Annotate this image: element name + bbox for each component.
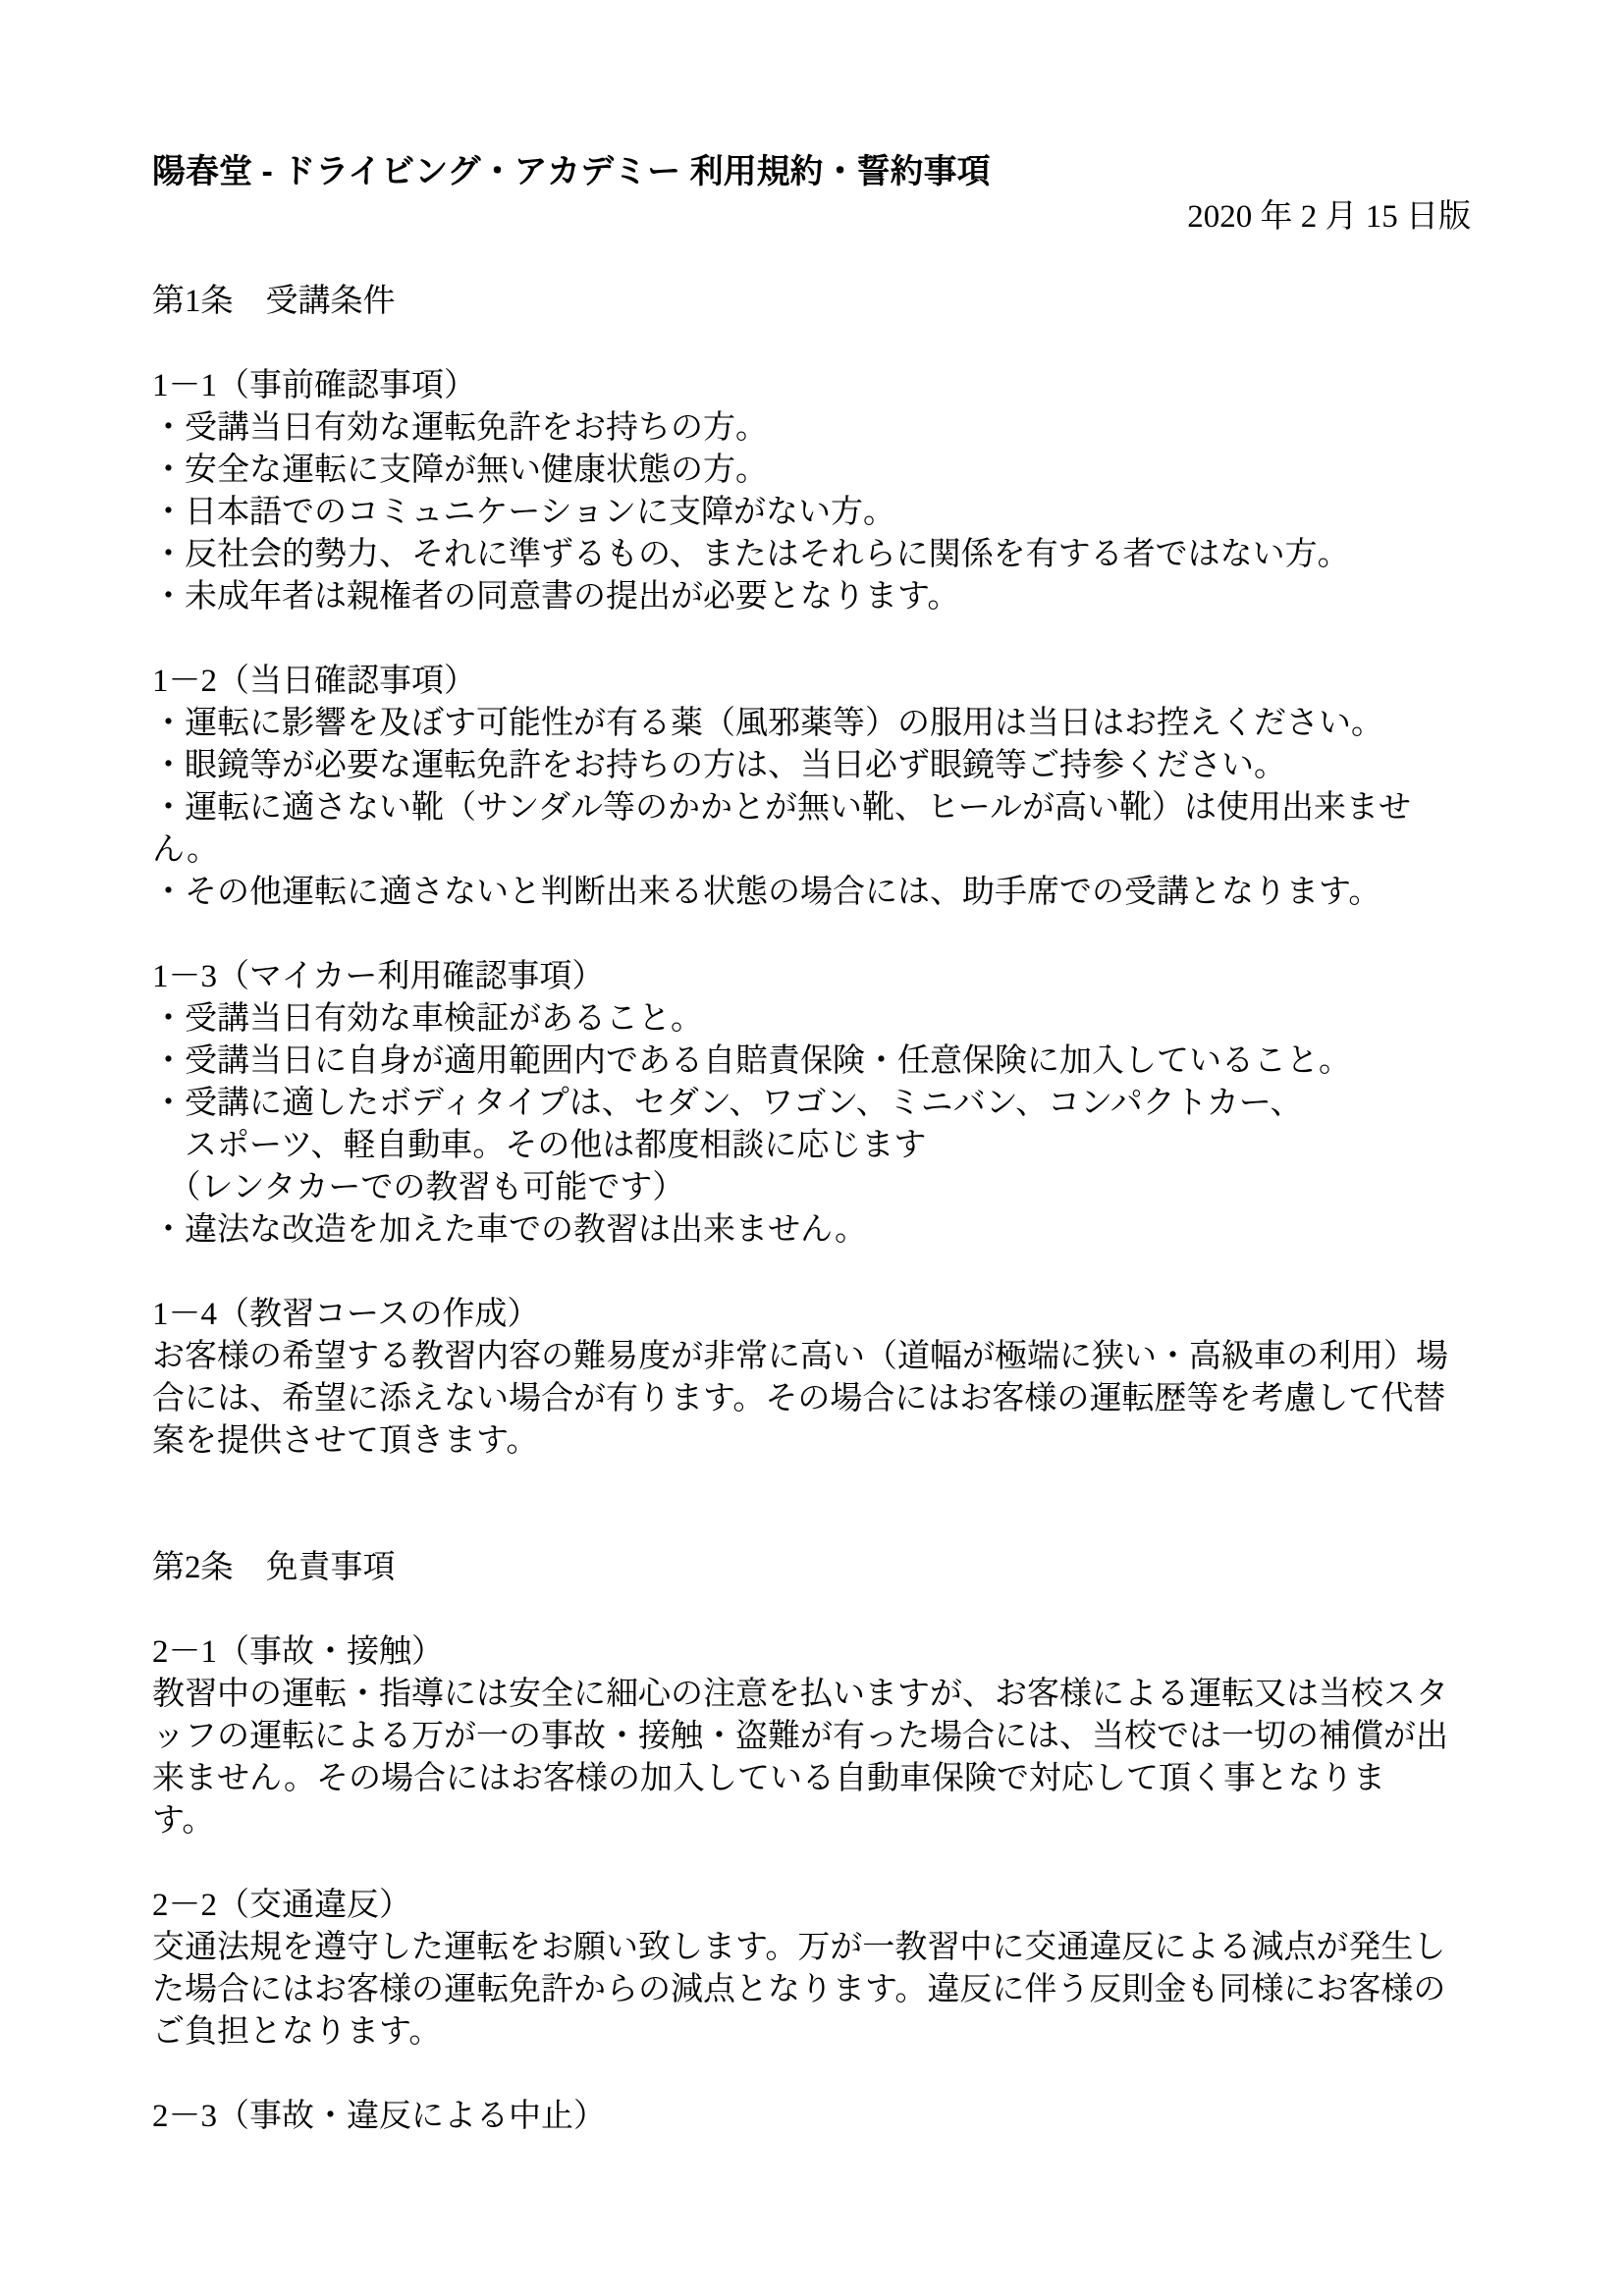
paragraph-line: スポーツ、軽自動車。その他は都度相談に応じます (152, 1125, 1471, 1167)
paragraph-line: す。 (152, 1800, 1471, 1842)
version-date: 2020 年 2 月 15 日版 (152, 196, 1471, 239)
bullet-item: ・日本語でのコミュニケーションに支障がない方。 (152, 492, 1471, 534)
paragraph-line: 合には、希望に添えない場合が有ります。その場合にはお客様の運転歴等を考慮して代替 (152, 1378, 1471, 1420)
bullet-item: ・運転に適さない靴（サンダル等のかかとが無い靴、ヒールが高い靴）は使用出来ませ (152, 787, 1471, 829)
article-heading: 第1条 受講条件 (152, 281, 1471, 323)
paragraph-line: 教習中の運転・指導には安全に細心の注意を払いますが、お客様による運転又は当校スタ (152, 1674, 1471, 1716)
blank-line (152, 914, 1471, 956)
blank-line (152, 1842, 1471, 1885)
bullet-item: ・眼鏡等が必要な運転免許をお持ちの方は、当日必ず眼鏡等ご持参ください。 (152, 745, 1471, 787)
document-body: 第1条 受講条件1－1（事前確認事項）・受講当日有効な運転免許をお持ちの方。・安… (152, 239, 1471, 2138)
paragraph-line: た場合にはお客様の運転免許からの減点となります。違反に伴う反則金も同様にお客様の (152, 1969, 1471, 2011)
bullet-item: ・受講に適したボディタイプは、セダン、ワゴン、ミニバン、コンパクトカー、 (152, 1083, 1471, 1125)
clause-heading: 1－3（マイカー利用確認事項） (152, 956, 1471, 998)
bullet-item: ・違法な改造を加えた車での教習は出来ません。 (152, 1209, 1471, 1252)
blank-line (152, 1252, 1471, 1294)
clause-heading: 1－4（教習コースの作成） (152, 1294, 1471, 1336)
paragraph-line: ん。 (152, 829, 1471, 872)
bullet-item: ・反社会的勢力、それに準ずるもの、またはそれらに関係を有する者ではない方。 (152, 534, 1471, 576)
paragraph-line: ッフの運転による万が一の事故・接触・盗難が有った場合には、当校では一切の補償が出 (152, 1716, 1471, 1758)
article-heading: 第2条 免責事項 (152, 1547, 1471, 1589)
blank-line (152, 1589, 1471, 1631)
clause-heading: 1－2（当日確認事項） (152, 661, 1471, 703)
document-title: 陽春堂 - ドライビング・アカデミー 利用規約・誓約事項 (152, 147, 1471, 196)
clause-heading: 2－2（交通違反） (152, 1885, 1471, 1927)
blank-line (152, 239, 1471, 281)
bullet-item: ・受講当日に自身が適用範囲内である自賠責保険・任意保険に加入していること。 (152, 1041, 1471, 1083)
bullet-item: ・受講当日有効な車検証があること。 (152, 998, 1471, 1041)
clause-heading: 2－3（事故・違反による中止） (152, 2096, 1471, 2138)
paragraph-line: 交通法規を遵守した運転をお願い致します。万が一教習中に交通違反による減点が発生し (152, 1927, 1471, 1969)
bullet-item: ・安全な運転に支障が無い健康状態の方。 (152, 450, 1471, 492)
paragraph-line: 案を提供させて頂きます。 (152, 1420, 1471, 1463)
blank-line (152, 618, 1471, 661)
bullet-item: ・受講当日有効な運転免許をお持ちの方。 (152, 407, 1471, 450)
paragraph-line: 来ません。その場合にはお客様の加入している自動車保険で対応して頂く事となりま (152, 1758, 1471, 1800)
document-page: 陽春堂 - ドライビング・アカデミー 利用規約・誓約事項 2020 年 2 月 … (0, 0, 1623, 2296)
bullet-item: ・その他運転に適さないと判断出来る状態の場合には、助手席での受講となります。 (152, 872, 1471, 914)
clause-heading: 1－1（事前確認事項） (152, 365, 1471, 407)
bullet-item: ・運転に影響を及ぼす可能性が有る薬（風邪薬等）の服用は当日はお控えください。 (152, 703, 1471, 745)
blank-line (152, 2054, 1471, 2096)
blank-line (152, 1463, 1471, 1505)
clause-heading: 2－1（事故・接触） (152, 1631, 1471, 1674)
blank-line (152, 323, 1471, 365)
bullet-item: ・未成年者は親権者の同意書の提出が必要となります。 (152, 576, 1471, 618)
paragraph-line: お客様の希望する教習内容の難易度が非常に高い（道幅が極端に狭い・高級車の利用）場 (152, 1336, 1471, 1378)
paragraph-line: ご負担となります。 (152, 2011, 1471, 2054)
paragraph-line: （レンタカーでの教習も可能です） (152, 1167, 1471, 1209)
blank-line (152, 1505, 1471, 1547)
